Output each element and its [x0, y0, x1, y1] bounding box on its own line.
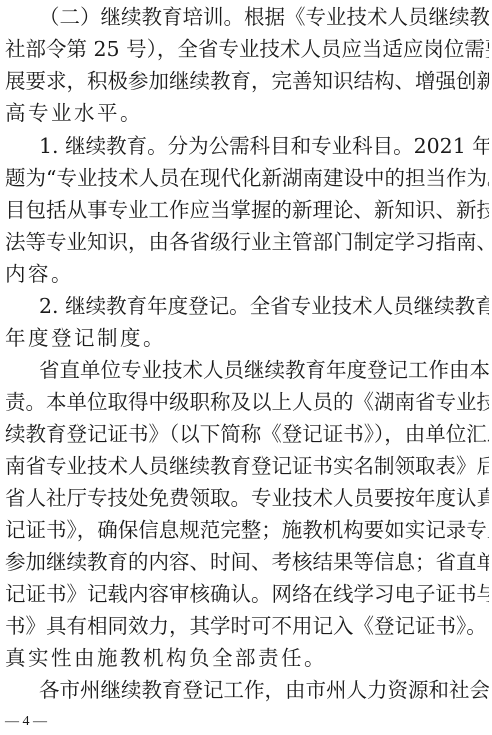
- paragraph-provincial-line-9: 书》具有相同效力，其学时可不用记入《登记证书》。电子证书的: [5, 611, 489, 641]
- paragraph-item-1-line-3: 目包括从事专业工作应当掌握的新理论、新知识、新技术、新方: [5, 195, 489, 225]
- paragraph-item-1-line-2: 题为“专业技术人员在现代化新湖南建设中的担当作为。”专业科: [5, 163, 489, 193]
- paragraph-item-1-line-4: 法等专业知识，由各省级行业主管部门制定学习指南、确定科目: [5, 227, 489, 257]
- paragraph-provincial-line-4: 南省专业技术人员继续教育登记证书实名制领取表》后，统一到: [5, 451, 489, 481]
- paragraph-section-2-line-2: 社部令第 25 号），全省专业技术人员应当适应岗位需要和职业发: [5, 34, 489, 64]
- page-number: — 4 —: [5, 713, 47, 731]
- paragraph-municipal-line-1: 各市州继续教育登记工作，由市州人力资源和社会保障部门: [39, 675, 489, 705]
- paragraph-item-1-line-5: 内容。: [5, 259, 489, 289]
- paragraph-provincial-line-1: 省直单位专业技术人员继续教育年度登记工作由本单位负: [39, 355, 489, 385]
- paragraph-provincial-line-5: 省人社厅专技处免费领取。专业技术人员要按年度认真填写《登: [5, 483, 489, 513]
- paragraph-provincial-line-8: 记证书》记载内容审核确认。网络在线学习电子证书与《登记证: [5, 579, 489, 609]
- paragraph-section-2-line-4: 高专业水平。: [5, 98, 489, 128]
- paragraph-section-2-line-3: 展要求，积极参加继续教育，完善知识结构、增强创新能力、提: [5, 66, 489, 96]
- paragraph-provincial-line-6: 记证书》，确保信息规范完整；施教机构要如实记录专业技术人员: [5, 515, 489, 545]
- paragraph-provincial-line-7: 参加继续教育的内容、时间、考核结果等信息；省直单位要对《登: [5, 547, 489, 577]
- paragraph-provincial-line-10: 真实性由施教机构负全部责任。: [5, 643, 489, 673]
- paragraph-item-1-line-1: 1. 继续教育。分为公需科目和专业科目。2021 年公需科目主: [39, 131, 489, 161]
- paragraph-provincial-line-3: 续教育登记证书》（以下简称《登记证书》），由单位汇总填写《湖: [5, 419, 489, 449]
- paragraph-provincial-line-2: 责。本单位取得中级职称及以上人员的《湖南省专业技术人员继: [5, 387, 489, 417]
- document-page: （二）继续教育培训。根据《专业技术人员继续教育规定》（人 社部令第 25 号），…: [0, 0, 492, 735]
- paragraph-item-2-line-1: 2. 继续教育年度登记。全省专业技术人员继续教育实行证书: [39, 291, 489, 321]
- paragraph-section-2-heading-line-1: （二）继续教育培训。根据《专业技术人员继续教育规定》（人: [39, 2, 489, 32]
- paragraph-item-2-line-2: 年度登记制度。: [5, 323, 489, 353]
